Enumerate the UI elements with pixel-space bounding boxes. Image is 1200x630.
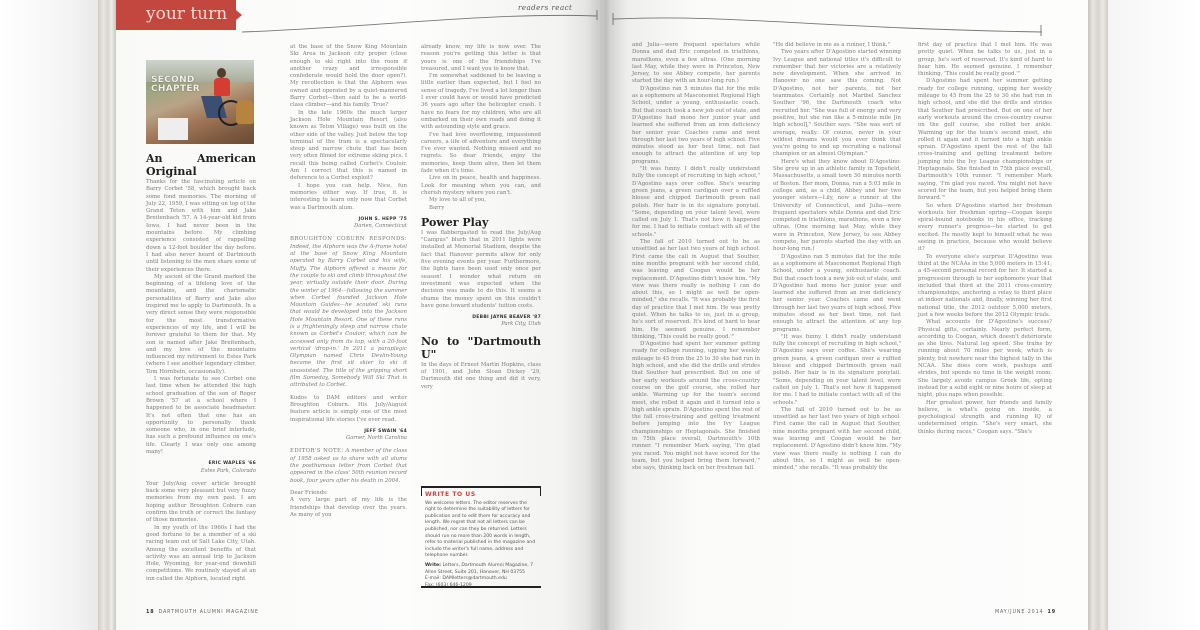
paragraph: already know, my life is now over. The r…: [421, 44, 541, 73]
editors-note-heading: EDITOR'S NOTE:: [290, 448, 344, 454]
paragraph: "He did believe in me as a runner, I thi…: [773, 42, 901, 49]
paragraph: "It was funny. I didn't really understan…: [632, 166, 760, 239]
right-page-edge: [1088, 0, 1108, 630]
paragraph: What accounts for D'Agostino's success? …: [918, 319, 1052, 399]
section-banner: your turn: [116, 0, 236, 30]
paragraph: Your July/Aug cover article brought back…: [146, 481, 256, 525]
page-number: 19: [1048, 610, 1056, 615]
paragraph: D'Agostino had spent her summer getting …: [632, 341, 760, 472]
left-column-3: already know, my life is now over. The r…: [421, 44, 541, 391]
paragraph: I was flabbergasted to read the July/Aug…: [421, 230, 541, 310]
paragraph: Barry: [421, 205, 541, 212]
issue-date: MAY/JUNE 2014: [995, 610, 1044, 615]
paragraph: My ascent of the Grand marked the beginn…: [146, 274, 256, 376]
paragraph: In the days of Ernest Martin Hopkins, cl…: [421, 362, 541, 391]
write-to-us-box: WRITE TO US We welcome letters. The edit…: [421, 486, 541, 588]
thumbnail-title: SECONDCHAPTER: [151, 76, 200, 94]
right-page: and Julia—were frequent spectators while…: [600, 0, 1088, 630]
right-column-3: first day of practice that I met him. He…: [918, 42, 1052, 436]
right-column-1: and Julia—were frequent spectators while…: [632, 42, 760, 473]
location: Darien, Connecticut: [290, 223, 407, 230]
letter-heading: No to "Dartmouth U": [421, 335, 541, 361]
signature: ERIC WAPLES '66: [146, 460, 256, 467]
paragraph: A very large part of my life is the frie…: [290, 497, 407, 519]
left-page-footer: 18DARTMOUTH ALUMNI MAGAZINE: [146, 610, 259, 615]
email-address[interactable]: E-mail: DAMletters@dartmouth.edu: [425, 576, 537, 583]
paragraph: I'm somewhat saddened to be leaving a li…: [421, 73, 541, 131]
response-heading: BROUGHTON COBURN RESPONDS:: [290, 236, 407, 242]
paragraph: I hope you can help. Nice, fun memories …: [290, 183, 407, 212]
paragraph: at the base of the Snow King Mountain Sk…: [290, 44, 407, 110]
write-to-us-body: We welcome letters. The editor reserves …: [425, 501, 537, 560]
signature: DEBBI JAYNE BEAVER '87: [421, 314, 541, 321]
mailing-address: Letters, Dartmouth Alumni Magazine, 7 Al…: [425, 563, 533, 575]
letter-heading: An American Original: [146, 152, 256, 178]
right-page-footer: MAY/JUNE 201419: [995, 610, 1056, 615]
left-column-2: at the base of the Snow King Mountain Sk…: [290, 44, 407, 519]
fax-number: Fax: (603) 646-1209: [425, 583, 537, 590]
page-number: 18: [146, 610, 154, 615]
spine-gutter: [586, 0, 626, 630]
publication-name: DARTMOUTH ALUMNI MAGAZINE: [158, 610, 258, 615]
paragraph: Live on in peace, health and happiness. …: [421, 175, 541, 197]
signature: JOHN S. HEPP '75: [290, 216, 407, 223]
paragraph: Thanks for the fascinating article on Ba…: [146, 179, 256, 274]
paragraph: So when D'Agostino started her freshman …: [918, 203, 1052, 254]
paragraph: first day of practice that I met him. He…: [918, 42, 1052, 78]
response-text: Indeed, the Alphorn was the A-frame hote…: [290, 244, 407, 389]
right-column-2: "He did believe in me as a runner, I thi…: [773, 42, 901, 473]
location: Garner, North Carolina: [290, 435, 407, 442]
paragraph: I was fortunate to see Corbet one last t…: [146, 376, 256, 456]
paragraph: I've had love overflowing, impassioned c…: [421, 132, 541, 176]
paragraph: The fall of 2010 turned out to be as uns…: [773, 407, 901, 473]
left-page-edge: [98, 0, 116, 630]
paragraph: Dear Friends:: [290, 490, 407, 497]
paragraph: D'Agostino ran 5 minutes flat for the mi…: [773, 254, 901, 334]
write-label: Write:: [425, 563, 441, 568]
header-rule: [612, 10, 1042, 36]
section-label: readers react: [518, 4, 572, 12]
write-to-us-title: WRITE TO US: [425, 492, 537, 499]
paragraph: Two years after D'Agostino started winni…: [773, 49, 901, 158]
paragraph: In the late 1960s the much larger Jackso…: [290, 110, 407, 183]
paragraph: D'Agostino ran 5 minutes flat for the mi…: [632, 86, 760, 166]
paragraph: Kudos to DAM editors and writer Broughto…: [290, 395, 407, 424]
location: Estes Park, Colorado: [146, 468, 256, 475]
article-thumbnail-image: SECONDCHAPTER: [146, 60, 254, 144]
section-banner-label: your turn: [146, 4, 227, 24]
paragraph: Her greatest power, her friends and fami…: [918, 400, 1052, 436]
letter-heading: Power Play: [421, 216, 541, 229]
left-page: your turn readers react SECONDCHAPTER An…: [116, 0, 600, 630]
paragraph: "It was funny. I didn't really understan…: [773, 334, 901, 407]
signature: JEFF SWAIN '64: [290, 428, 407, 435]
paragraph: Here's what they know about D'Agostino: …: [773, 159, 901, 254]
paragraph: The fall of 2010 turned out to be as uns…: [632, 239, 760, 341]
paragraph: To everyone else's surprise D'Agostino w…: [918, 254, 1052, 320]
paragraph: D'Agostino had spent her summer getting …: [918, 78, 1052, 202]
paragraph: and Julia—were frequent spectators while…: [632, 42, 760, 86]
left-column-1: An American Original Thanks for the fasc…: [146, 148, 256, 583]
background-left: [0, 0, 100, 630]
paragraph: In my youth of the 1960s I had the good …: [146, 525, 256, 583]
location: Park City, Utah: [421, 321, 541, 328]
paragraph: My love to all of you,: [421, 197, 541, 204]
